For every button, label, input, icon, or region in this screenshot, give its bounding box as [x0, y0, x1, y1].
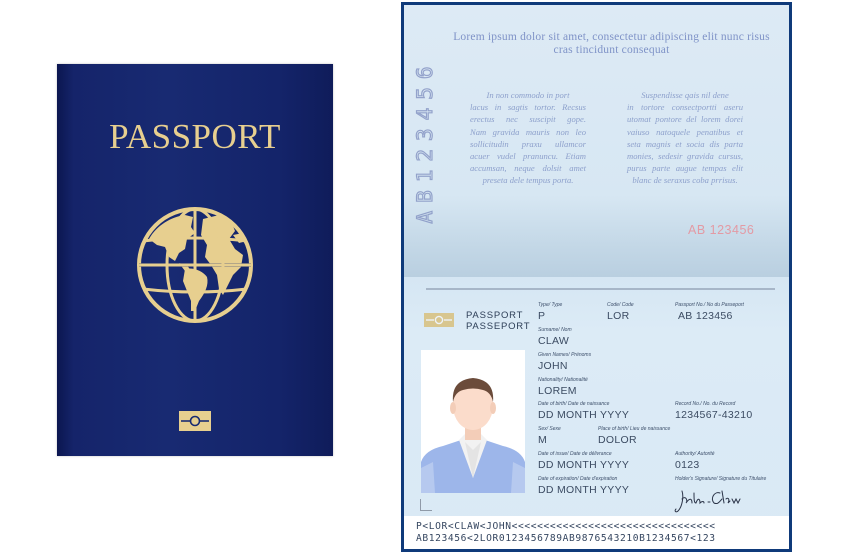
mrz-line-2: AB123456<2LOR0123456789AB9876543210B1234… [416, 533, 781, 545]
lorem-line: Suspendisse qais nil dene [627, 89, 743, 101]
field-value: M [538, 434, 561, 447]
field-record-no: Record No./ No. du Record 1234567-43210 [675, 401, 752, 422]
field-label: Place of birth/ Lieu de naissance [598, 426, 670, 432]
field-value: LOR [607, 310, 634, 323]
page-header-text: Lorem ipsum dolor sit amet, consectetur … [444, 31, 779, 57]
lorem-line: utomat pontore del lorem dorei [627, 113, 743, 125]
doc-label-fr: PASSEPORT [466, 321, 530, 332]
field-surname: Surname/ Nom CLAW [538, 327, 572, 348]
lorem-line: acuer vudel pranuncu. Etiam [470, 150, 586, 162]
field-value: LOREM [538, 385, 588, 398]
lorem-line: monies, sedesir gravida cursus, [627, 150, 743, 162]
lorem-line: purus parte augue tempas elit [627, 162, 743, 174]
field-value: 1234567-43210 [675, 409, 752, 422]
field-label: Type/ Type [538, 302, 562, 308]
passport-data-page: AB123456 Lorem ipsum dolor sit amet, con… [401, 2, 792, 552]
lorem-line: in tortore consectportti aseru [627, 101, 743, 113]
bio-data-page: PASSPORT PASSEPORT [404, 277, 789, 549]
field-value: CLAW [538, 335, 572, 348]
mrz-line-1: P<LOR<CLAW<JOHN<<<<<<<<<<<<<<<<<<<<<<<<<… [416, 521, 781, 533]
field-label: Nationality/ Nationalité [538, 377, 588, 383]
field-label: Holder's Signature/ Signature du Titulai… [675, 476, 766, 482]
field-label: Sex/ Sexe [538, 426, 561, 432]
upper-page: AB123456 Lorem ipsum dolor sit amet, con… [404, 5, 789, 277]
globe-icon [135, 205, 255, 325]
lorem-line: vaiuso natoquele penatibus et [627, 126, 743, 138]
field-value: P [538, 310, 562, 323]
page-divider [426, 288, 775, 290]
field-sex: Sex/ Sexe M [538, 426, 561, 447]
lorem-line: seta magnis et socia dis parta [627, 138, 743, 150]
field-value: AB 123456 [675, 310, 744, 323]
cover-title: PASSPORT [57, 117, 333, 157]
field-authority: Authority/ Autorité 0123 [675, 451, 715, 472]
field-label: Record No./ No. du Record [675, 401, 752, 407]
field-nationality: Nationality/ Nationalité LOREM [538, 377, 588, 398]
passport-cover: PASSPORT [57, 64, 333, 456]
biometric-chip-icon [179, 411, 211, 431]
lorem-line: preseta dele tempus porta. [470, 174, 586, 186]
field-value: DD MONTH YYYY [538, 484, 629, 497]
field-code: Code/ Code LOR [607, 302, 634, 323]
lorem-line: Nam gravida mauris non leo [470, 126, 586, 138]
field-value: DOLOR [598, 434, 670, 447]
field-label: Code/ Code [607, 302, 634, 308]
field-date-of-birth: Date of birth/ Date de naissance DD MONT… [538, 401, 629, 422]
field-place-of-birth: Place of birth/ Lieu de naissance DOLOR [598, 426, 670, 447]
perforated-passport-number: AB123456 [410, 41, 440, 241]
field-signature: Holder's Signature/ Signature du Titulai… [675, 476, 766, 482]
field-value: DD MONTH YYYY [538, 459, 629, 472]
field-label: Date of issue/ Date de délivrance [538, 451, 629, 457]
field-label: Given Names/ Prénoms [538, 352, 591, 358]
serial-number: AB 123456 [688, 223, 754, 237]
lorem-line: sollicitudin praxu ullamcor [470, 138, 586, 150]
lorem-line: blanc de seraxus coba prrisus. [627, 174, 743, 186]
lorem-line: In non commodo in port [470, 89, 586, 101]
field-value: DD MONTH YYYY [538, 409, 629, 422]
field-label: Passport No./ No du Passeport [675, 302, 744, 308]
field-type: Type/ Type P [538, 302, 562, 323]
doc-label-en: PASSPORT [466, 310, 530, 321]
document-type-label: PASSPORT PASSEPORT [466, 310, 530, 332]
photo-corner-mark [420, 499, 432, 511]
machine-readable-zone: P<LOR<CLAW<JOHN<<<<<<<<<<<<<<<<<<<<<<<<<… [404, 516, 789, 549]
lorem-line: accumsan, neque dolsit amet [470, 162, 586, 174]
lorem-column-right: Suspendisse qais nil denein tortore cons… [627, 89, 743, 187]
field-date-of-expiration: Date of expiration/ Date d'expiration DD… [538, 476, 629, 497]
field-value: 0123 [675, 459, 715, 472]
lorem-line: lacus in sagtis tortor. Recsus [470, 101, 586, 113]
field-given-names: Given Names/ Prénoms JOHN [538, 352, 591, 373]
field-value: JOHN [538, 360, 591, 373]
field-label: Surname/ Nom [538, 327, 572, 333]
field-date-of-issue: Date of issue/ Date de délivrance DD MON… [538, 451, 629, 472]
field-passport-no: Passport No./ No du Passeport AB 123456 [675, 302, 744, 323]
biometric-chip-icon [424, 313, 454, 327]
field-label: Date of birth/ Date de naissance [538, 401, 629, 407]
lorem-line: erectus nec suscipit gope. [470, 113, 586, 125]
lorem-column-left: In non commodo in portlacus in sagtis to… [470, 89, 586, 187]
field-label: Date of expiration/ Date d'expiration [538, 476, 629, 482]
holder-portrait-icon [421, 350, 525, 493]
holder-signature [672, 485, 742, 515]
field-label: Authority/ Autorité [675, 451, 715, 457]
